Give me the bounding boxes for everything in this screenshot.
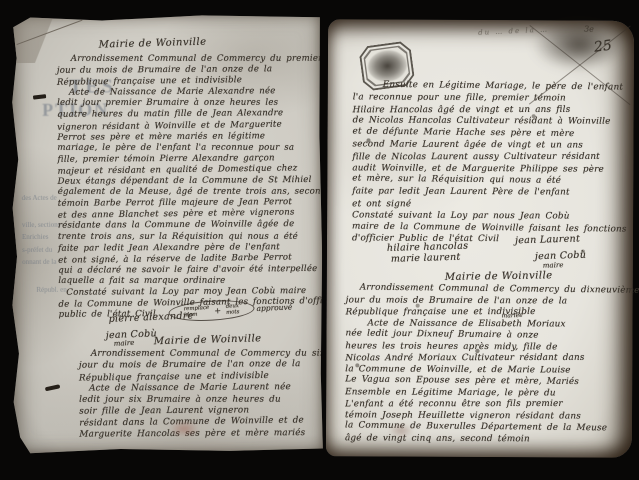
manuscript-line: mariage, le père de l'enfant l'a reconnu…	[57, 142, 339, 153]
paper-specks	[328, 19, 330, 21]
plus-mark: +	[214, 306, 221, 315]
signature-title: maire	[543, 261, 564, 270]
manuscript-line: trente trois ans, sur la Réquisition qui…	[58, 231, 340, 242]
ink-blot	[45, 384, 61, 391]
manuscript-line: également de la Meuse, âgé de trente tro…	[58, 187, 340, 198]
oval-note-word: mots	[226, 309, 240, 316]
red-stain	[388, 424, 414, 438]
signature: pierre alexandre	[108, 310, 193, 325]
left-manuscript-page: TES PTION des Actes deville, sectionsEnr…	[8, 12, 323, 455]
corner-mark: 3e	[584, 25, 594, 34]
manuscript-line: Arrondissement Communal de Commercy du s…	[79, 349, 347, 361]
act-header: Mairie de Woinville	[154, 333, 262, 347]
manuscript-line: heures les trois heures après midy, fill…	[345, 341, 639, 354]
act-header: Mairie de Woinville	[99, 37, 207, 51]
manuscript-line: faite par ledit Jean Laurent Père de l'e…	[352, 187, 627, 200]
manuscript-line: jour du mois de Brumaire de l'an onze de…	[346, 295, 639, 308]
manuscript-line: second Marie Laurent âgée de vingt et un…	[352, 139, 627, 152]
signature: marie laurent	[391, 252, 461, 265]
manuscript-line: fille de Nicolas Laurent aussy Cultivate…	[352, 152, 627, 164]
manuscript-line: Hilaire Hancolas âgé de vingt et un ans …	[353, 104, 628, 116]
manuscript-line: L'enfant a été reconnu être son fils pre…	[345, 399, 639, 411]
birth-act-text: Arrondissement Communal de Commercy du s…	[79, 348, 348, 441]
manuscript-line: Arrondissement Communal de Commercy du p…	[57, 54, 339, 65]
manuscript-line: âgé de vingt cinq ans, second témoin	[345, 433, 639, 446]
signature-title: maire	[114, 339, 135, 348]
manuscript-line: et ont signé	[352, 199, 627, 211]
manuscript-line: laquelle a fait sa marque ordinaire	[58, 276, 340, 287]
birth-act-text: Ensuite en Légitime Mariage, le père de …	[352, 80, 627, 247]
manuscript-line: ledit jour six Brumaire à onze heures du	[79, 394, 347, 406]
archive-photo: TES PTION des Actes deville, sectionsEnr…	[0, 0, 639, 480]
right-manuscript-page: du … de la … 3e 25 Ensuite en Légitime M…	[326, 19, 634, 458]
manuscript-line: l'a reconnue pour une fille, premier tém…	[353, 92, 628, 105]
signature: jean Laurent	[515, 233, 580, 246]
manuscript-line: ledit jour premier Brumaire à onze heure…	[57, 98, 339, 109]
page-shadow	[514, 8, 639, 81]
manuscript-line: Nicolas André Moriaux Cultivateur résida…	[345, 353, 639, 365]
manuscript-line: République française une et indivisible	[346, 307, 639, 319]
act-header: Mairie de Woinville	[445, 270, 553, 283]
birth-act-text: Arrondissement Communal de Commercy du d…	[345, 283, 639, 446]
manuscript-line: maire de la Commune de Woinville faisant…	[352, 221, 627, 236]
ink-mark	[33, 94, 46, 99]
manuscript-line: Ensemble en Légitime Mariage, le père du	[345, 387, 639, 400]
manuscript-line: Marguerite Hancolas ses père et mère mar…	[79, 428, 348, 441]
marginal-note: approuvé	[256, 303, 292, 313]
birth-act-text: Arrondissement Communal de Commercy du p…	[57, 53, 341, 321]
